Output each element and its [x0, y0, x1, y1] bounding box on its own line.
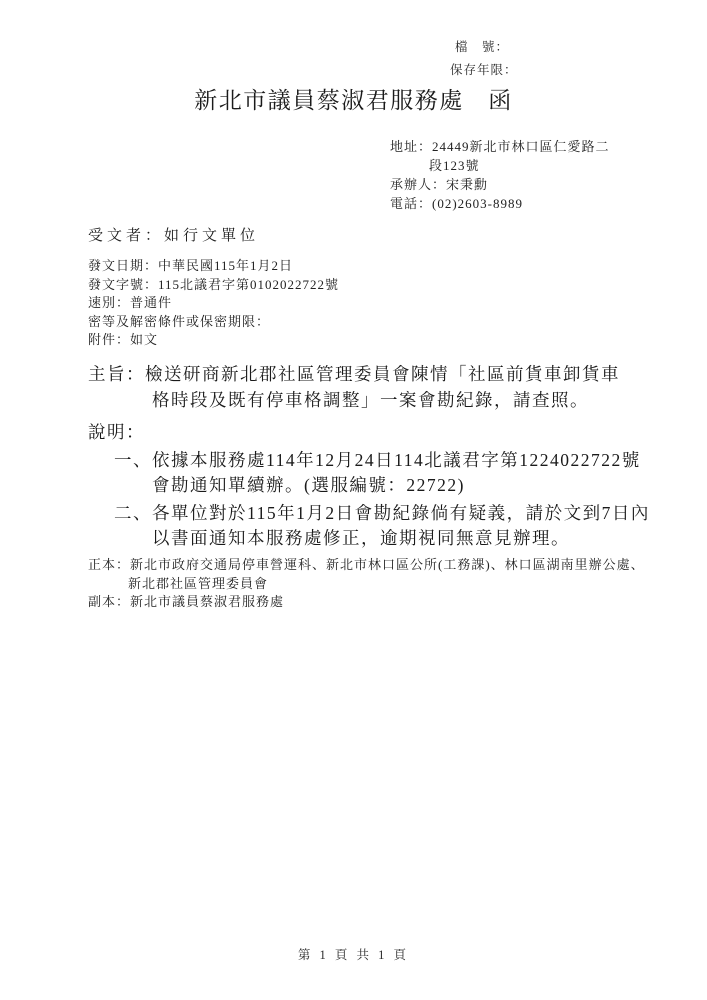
- attachment-value: 如文: [130, 332, 158, 347]
- subject-text: 檢送研商新北郡社區管理委員會陳情「社區前貨車卸貨車格時段及既有停車格調整」一案會…: [145, 364, 620, 410]
- original-recipients-line: 正本：新北市政府交通局停車營運科、新北市林口區公所(工務課)、林口區湖南里辦公處…: [88, 556, 650, 593]
- file-info-block: 檔 號： 保存年限：: [450, 36, 518, 82]
- phone-label: 電話：: [390, 196, 432, 211]
- speed-class-line: 速別：普通件: [88, 294, 339, 313]
- item-2-text: 各單位對於115年1月2日會勘紀錄倘有疑義，請於文到7日內以書面通知本服務處修正…: [152, 503, 650, 549]
- copy-recipients-line: 副本：新北市議員蔡淑君服務處: [88, 593, 650, 612]
- speed-class-label: 速別：: [88, 295, 130, 310]
- explanation-item-2: 二、各單位對於115年1月2日會勘紀錄倘有疑義，請於文到7日內以書面通知本服務處…: [88, 501, 656, 552]
- recipient-value: 如行文單位: [164, 228, 259, 244]
- sender-contact-line: 承辦人：宋秉勳: [390, 175, 612, 194]
- subject-block: 主旨：檢送研商新北郡社區管理委員會陳情「社區前貨車卸貨車格時段及既有停車格調整」…: [88, 362, 636, 413]
- recipient-line: 受文者：如行文單位: [88, 224, 259, 245]
- issue-date-line: 發文日期：中華民國115年1月2日: [88, 257, 339, 276]
- item-1-text: 依據本服務處114年12月24日114北議君字第1224022722號會勘通知單…: [152, 450, 641, 496]
- subject-label: 主旨：: [88, 364, 145, 384]
- attachment-label: 附件：: [88, 332, 130, 347]
- original-label: 正本：: [88, 557, 130, 572]
- item-1-number: 一、: [114, 450, 152, 470]
- sender-info-block: 地址：24449新北市林口區仁愛路二段123號 承辦人：宋秉勳 電話：(02)2…: [390, 137, 612, 213]
- sender-address-line: 地址：24449新北市林口區仁愛路二段123號: [390, 137, 612, 175]
- retention-period-label: 保存年限：: [450, 59, 518, 82]
- recipient-label: 受文者：: [88, 228, 164, 244]
- copy-label: 副本：: [88, 594, 130, 609]
- page-number: 第 1 頁 共 1 頁: [0, 945, 707, 963]
- attachment-line: 附件：如文: [88, 331, 339, 350]
- doc-number-value: 115北議君字第0102022722號: [158, 277, 339, 292]
- metadata-block: 發文日期：中華民國115年1月2日 發文字號：115北議君字第010202272…: [88, 257, 339, 350]
- sender-phone-line: 電話：(02)2603-8989: [390, 194, 612, 213]
- copy-recipients: 新北市議員蔡淑君服務處: [130, 594, 284, 609]
- phone-value: (02)2603-8989: [432, 196, 523, 211]
- doc-number-label: 發文字號：: [88, 277, 158, 292]
- distribution-block: 正本：新北市政府交通局停車營運科、新北市林口區公所(工務課)、林口區湖南里辦公處…: [88, 556, 650, 612]
- document-title: 新北市議員蔡淑君服務處 函: [0, 82, 707, 115]
- explanation-item-1: 一、依據本服務處114年12月24日114北議君字第1224022722號會勘通…: [88, 448, 656, 499]
- contact-label: 承辦人：: [390, 177, 446, 192]
- address-label: 地址：: [390, 139, 432, 154]
- explanation-label: 說明：: [88, 420, 656, 446]
- contact-name: 宋秉勳: [446, 177, 488, 192]
- issue-date-value: 中華民國115年1月2日: [158, 258, 293, 273]
- address-value: 24449新北市林口區仁愛路二段123號: [429, 139, 610, 173]
- file-number-label: 檔 號：: [450, 36, 518, 59]
- issue-date-label: 發文日期：: [88, 258, 158, 273]
- security-class-label: 密等及解密條件或保密期限：: [88, 314, 270, 329]
- original-recipients: 新北市政府交通局停車營運科、新北市林口區公所(工務課)、林口區湖南里辦公處、新北…: [128, 557, 645, 591]
- speed-class-value: 普通件: [130, 295, 172, 310]
- item-2-number: 二、: [114, 503, 152, 523]
- doc-number-line: 發文字號：115北議君字第0102022722號: [88, 276, 339, 295]
- document-page: 檔 號： 保存年限： 新北市議員蔡淑君服務處 函 地址：24449新北市林口區仁…: [0, 0, 707, 1000]
- explanation-block: 說明： 一、依據本服務處114年12月24日114北議君字第1224022722…: [88, 420, 656, 552]
- security-class-line: 密等及解密條件或保密期限：: [88, 313, 339, 332]
